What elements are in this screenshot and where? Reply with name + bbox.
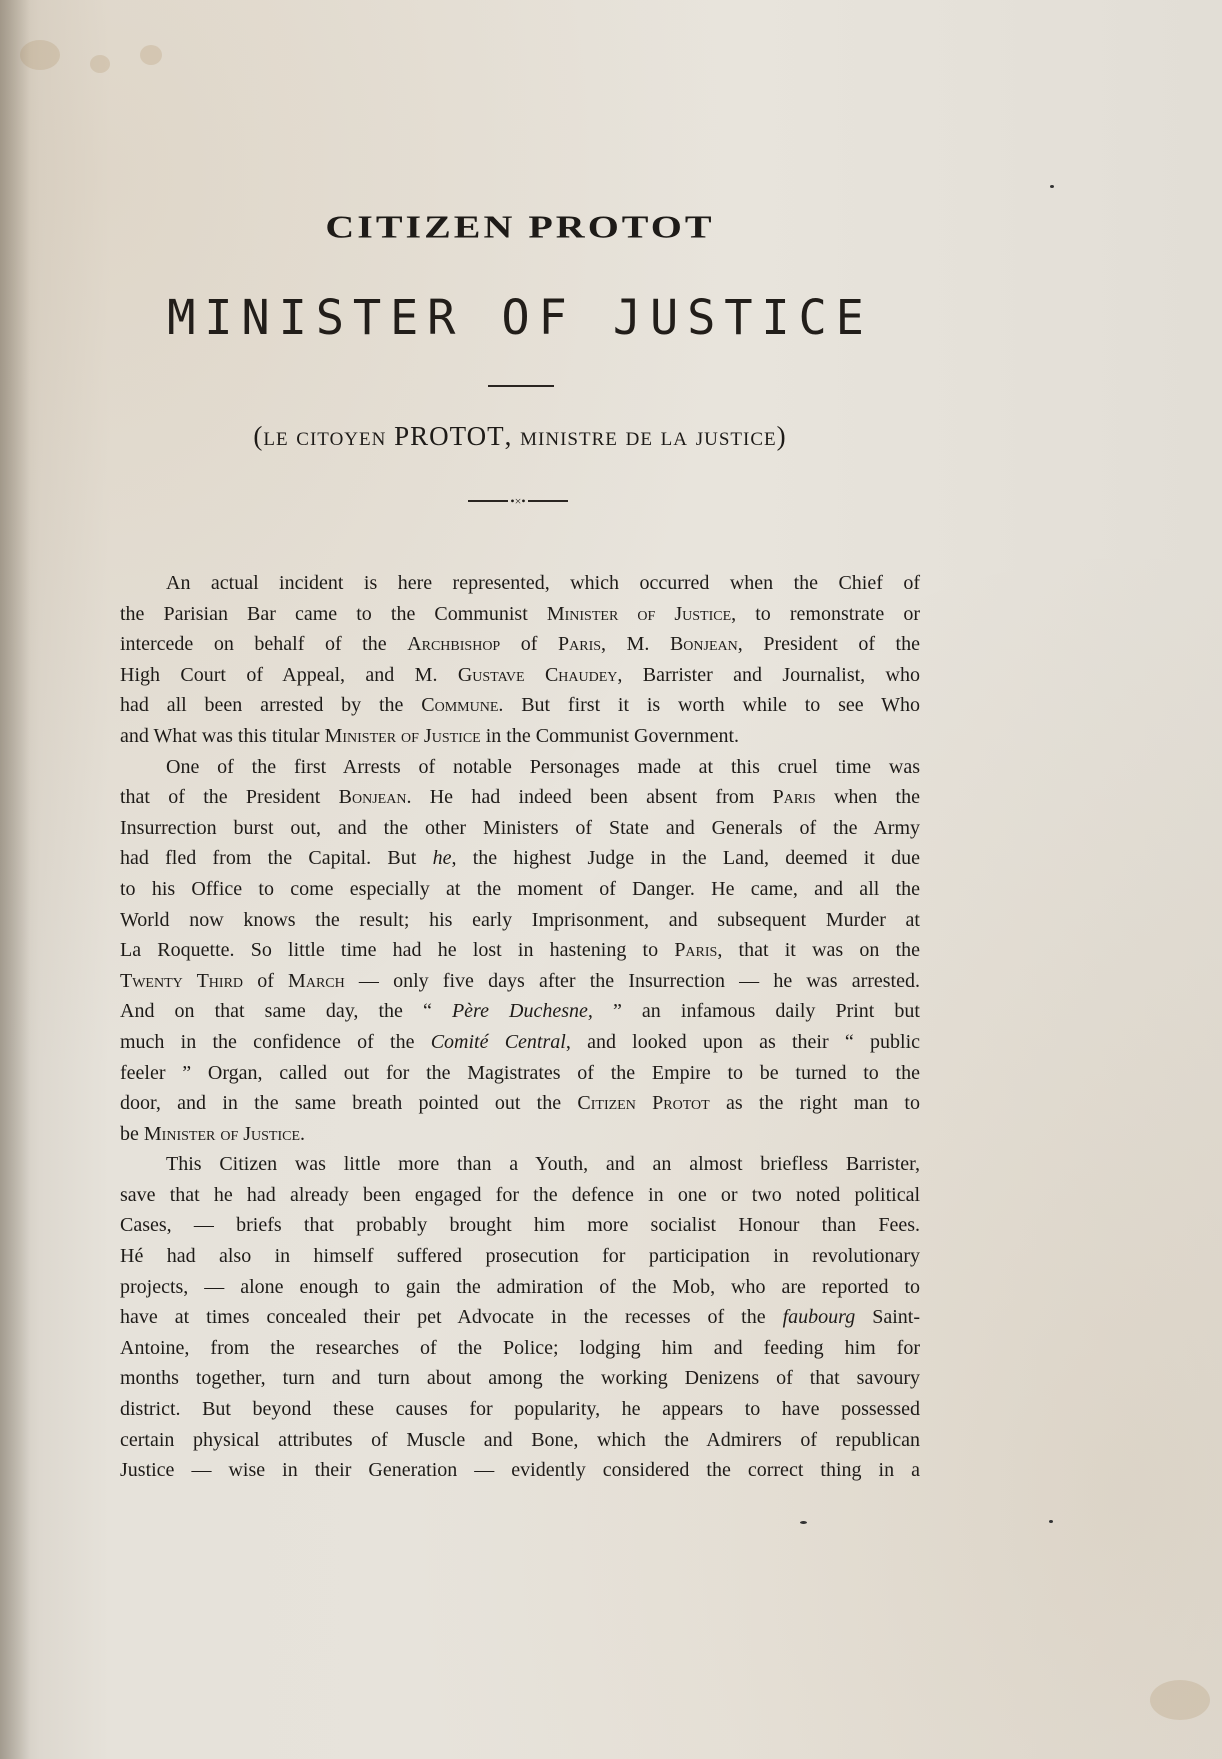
text-run: One of the first Arrests of notable Pers… xyxy=(166,756,920,778)
text-run: when the xyxy=(816,786,920,808)
ornament-line-left xyxy=(468,500,508,502)
small-caps-term: Archbishop xyxy=(407,633,500,655)
small-caps-term: Paris xyxy=(674,939,717,961)
text-line: An actual incident is here represented, … xyxy=(120,568,920,599)
text-line: district. But beyond these causes for po… xyxy=(120,1394,920,1425)
text-run: of xyxy=(500,633,558,655)
body-text: An actual incident is here represented, … xyxy=(120,568,920,1486)
small-caps-term: Paris xyxy=(558,633,601,655)
small-caps-term: Citizen Protot xyxy=(577,1092,709,1114)
text-run: , that it was on the xyxy=(717,939,920,961)
text-run: , President of the xyxy=(738,633,920,655)
text-line: door, and in the same breath pointed out… xyxy=(120,1088,920,1119)
foxing-stain xyxy=(90,55,110,73)
text-run: ” an infamous daily Print but xyxy=(593,1000,920,1022)
text-line: Cases, — briefs that probably brought hi… xyxy=(120,1210,920,1241)
text-line: and What was this titular Minister of Ju… xyxy=(120,721,920,752)
subtitle-open-paren: ( xyxy=(253,421,263,451)
text-line: Twenty Third of March — only five days a… xyxy=(120,966,920,997)
small-caps-term: Minister of Justice xyxy=(144,1123,300,1145)
text-run: of xyxy=(243,970,288,992)
text-run: door, and in the same breath pointed out… xyxy=(120,1092,577,1114)
text-run: An actual incident is here represented, … xyxy=(166,572,920,594)
text-line: had fled from the Capital. But he, the h… xyxy=(120,843,920,874)
text-run: much in the confidence of the xyxy=(120,1031,431,1053)
text-run: had all been arrested by the xyxy=(120,694,421,716)
foxing-stain xyxy=(140,45,162,65)
italic-term: Comité Central xyxy=(431,1031,566,1053)
title-divider-rule xyxy=(488,385,554,387)
binding-gutter-shadow xyxy=(0,0,30,1759)
ink-speck xyxy=(1050,185,1054,188)
subtitle-text-b: , ministre de la justice xyxy=(505,421,777,451)
text-line: the Parisian Bar came to the Communist M… xyxy=(120,599,920,630)
foxing-stain xyxy=(20,40,60,70)
text-run: . xyxy=(300,1123,305,1145)
small-caps-term: Commune xyxy=(421,694,498,716)
text-run: and What was this titular xyxy=(120,725,325,747)
ornament-line-right xyxy=(528,500,568,502)
subtitle-name: PROTOT xyxy=(394,421,505,451)
ink-speck xyxy=(1049,1520,1053,1523)
text-run: intercede on behalf of the xyxy=(120,633,407,655)
text-run: feeler ” Organ, called out for the Magis… xyxy=(120,1062,920,1084)
small-caps-term: March xyxy=(288,970,345,992)
ornament-knot-icon: •×• xyxy=(510,495,525,507)
text-run: , to remonstrate or xyxy=(731,603,920,625)
italic-term: faubourg xyxy=(783,1306,856,1328)
page-background: CITIZEN PROTOT MINISTER OF JUSTICE (le c… xyxy=(0,0,1222,1759)
subtitle-close-paren: ) xyxy=(777,421,787,451)
foxing-stain xyxy=(1150,1680,1210,1720)
text-run: the Parisian Bar came to the Communist xyxy=(120,603,547,625)
italic-term: he xyxy=(433,847,452,869)
text-run: Insurrection burst out, and the other Mi… xyxy=(120,817,920,839)
text-line: save that he had already been engaged fo… xyxy=(120,1180,920,1211)
text-run: be xyxy=(120,1123,144,1145)
text-run: . He had indeed been absent from xyxy=(406,786,772,808)
text-line: projects, — alone enough to gain the adm… xyxy=(120,1272,920,1303)
text-run: Hé had also in himself suffered prosecut… xyxy=(120,1245,920,1267)
text-run: This Citizen was little more than a Yout… xyxy=(166,1153,920,1175)
text-line: feeler ” Organ, called out for the Magis… xyxy=(120,1058,920,1089)
text-run: . But first it is worth while to see Who xyxy=(498,694,920,716)
text-line: intercede on behalf of the Archbishop of… xyxy=(120,629,920,660)
page-title-line1: CITIZEN PROTOT xyxy=(0,208,1040,246)
ornament-divider: •×• xyxy=(468,494,568,508)
text-run: And on that same day, the “ xyxy=(120,1000,452,1022)
text-run: district. But beyond these causes for po… xyxy=(120,1398,920,1420)
text-run: save that he had already been engaged fo… xyxy=(120,1184,920,1206)
text-line: months together, turn and turn about amo… xyxy=(120,1363,920,1394)
text-run: Saint- xyxy=(855,1306,920,1328)
text-run: as the right man to xyxy=(710,1092,920,1114)
text-run: had fled from the Capital. But xyxy=(120,847,433,869)
text-run: , Barrister and Journalist, who xyxy=(617,664,920,686)
small-caps-term: Twenty Third xyxy=(120,970,243,992)
text-run: — only five days after the Insurrection … xyxy=(345,970,920,992)
text-run: La Roquette. So little time had he lost … xyxy=(120,939,674,961)
text-run: , and looked upon as their “ public xyxy=(566,1031,920,1053)
text-line: Hé had also in himself suffered prosecut… xyxy=(120,1241,920,1272)
text-line: had all been arrested by the Commune. Bu… xyxy=(120,690,920,721)
text-run: months together, turn and turn about amo… xyxy=(120,1367,920,1389)
text-run: Cases, — briefs that probably brought hi… xyxy=(120,1214,920,1236)
text-run: in the Communist Government. xyxy=(481,725,739,747)
text-line: much in the confidence of the Comité Cen… xyxy=(120,1027,920,1058)
text-run: have at times concealed their pet Advoca… xyxy=(120,1306,783,1328)
text-run: certain physical attributes of Muscle an… xyxy=(120,1429,920,1451)
text-line: World now knows the result; his early Im… xyxy=(120,905,920,936)
italic-term: Père Duchesne, xyxy=(452,1000,593,1022)
small-caps-term: Bonjean xyxy=(339,786,407,808)
subtitle-text-a: le citoyen xyxy=(263,421,394,451)
text-run: World now knows the result; his early Im… xyxy=(120,909,920,931)
text-line: certain physical attributes of Muscle an… xyxy=(120,1425,920,1456)
text-line: High Court of Appeal, and M. Gustave Cha… xyxy=(120,660,920,691)
text-run: Antoine, from the researches of the Poli… xyxy=(120,1337,920,1359)
text-line: Insurrection burst out, and the other Mi… xyxy=(120,813,920,844)
small-caps-term: Minister of Justice xyxy=(325,725,481,747)
text-run: High Court of Appeal, and M. xyxy=(120,664,458,686)
text-run: , M. xyxy=(601,633,670,655)
text-run: to his Office to come especially at the … xyxy=(120,878,920,900)
small-caps-term: Paris xyxy=(773,786,816,808)
text-line: And on that same day, the “ Père Duchesn… xyxy=(120,996,920,1027)
small-caps-term: Minister of Justice xyxy=(547,603,731,625)
text-run: projects, — alone enough to gain the adm… xyxy=(120,1276,920,1298)
text-line: One of the first Arrests of notable Pers… xyxy=(120,752,920,783)
text-line: be Minister of Justice. xyxy=(120,1119,920,1150)
text-run: Justice — wise in their Generation — evi… xyxy=(120,1459,920,1481)
text-run: , the highest Judge in the Land, deemed … xyxy=(451,847,920,869)
page-title-line2: MINISTER OF JUSTICE xyxy=(10,290,1029,346)
text-line: Justice — wise in their Generation — evi… xyxy=(120,1455,920,1486)
small-caps-term: Gustave Chaudey xyxy=(458,664,618,686)
text-line: that of the President Bonjean. He had in… xyxy=(120,782,920,813)
text-line: La Roquette. So little time had he lost … xyxy=(120,935,920,966)
text-line: Antoine, from the researches of the Poli… xyxy=(120,1333,920,1364)
text-line: to his Office to come especially at the … xyxy=(120,874,920,905)
ink-speck xyxy=(800,1521,807,1524)
page-subtitle: (le citoyen PROTOT, ministre de la justi… xyxy=(0,421,1040,452)
small-caps-term: Bonjean xyxy=(670,633,738,655)
text-line: This Citizen was little more than a Yout… xyxy=(120,1149,920,1180)
text-line: have at times concealed their pet Advoca… xyxy=(120,1302,920,1333)
text-run: that of the President xyxy=(120,786,339,808)
